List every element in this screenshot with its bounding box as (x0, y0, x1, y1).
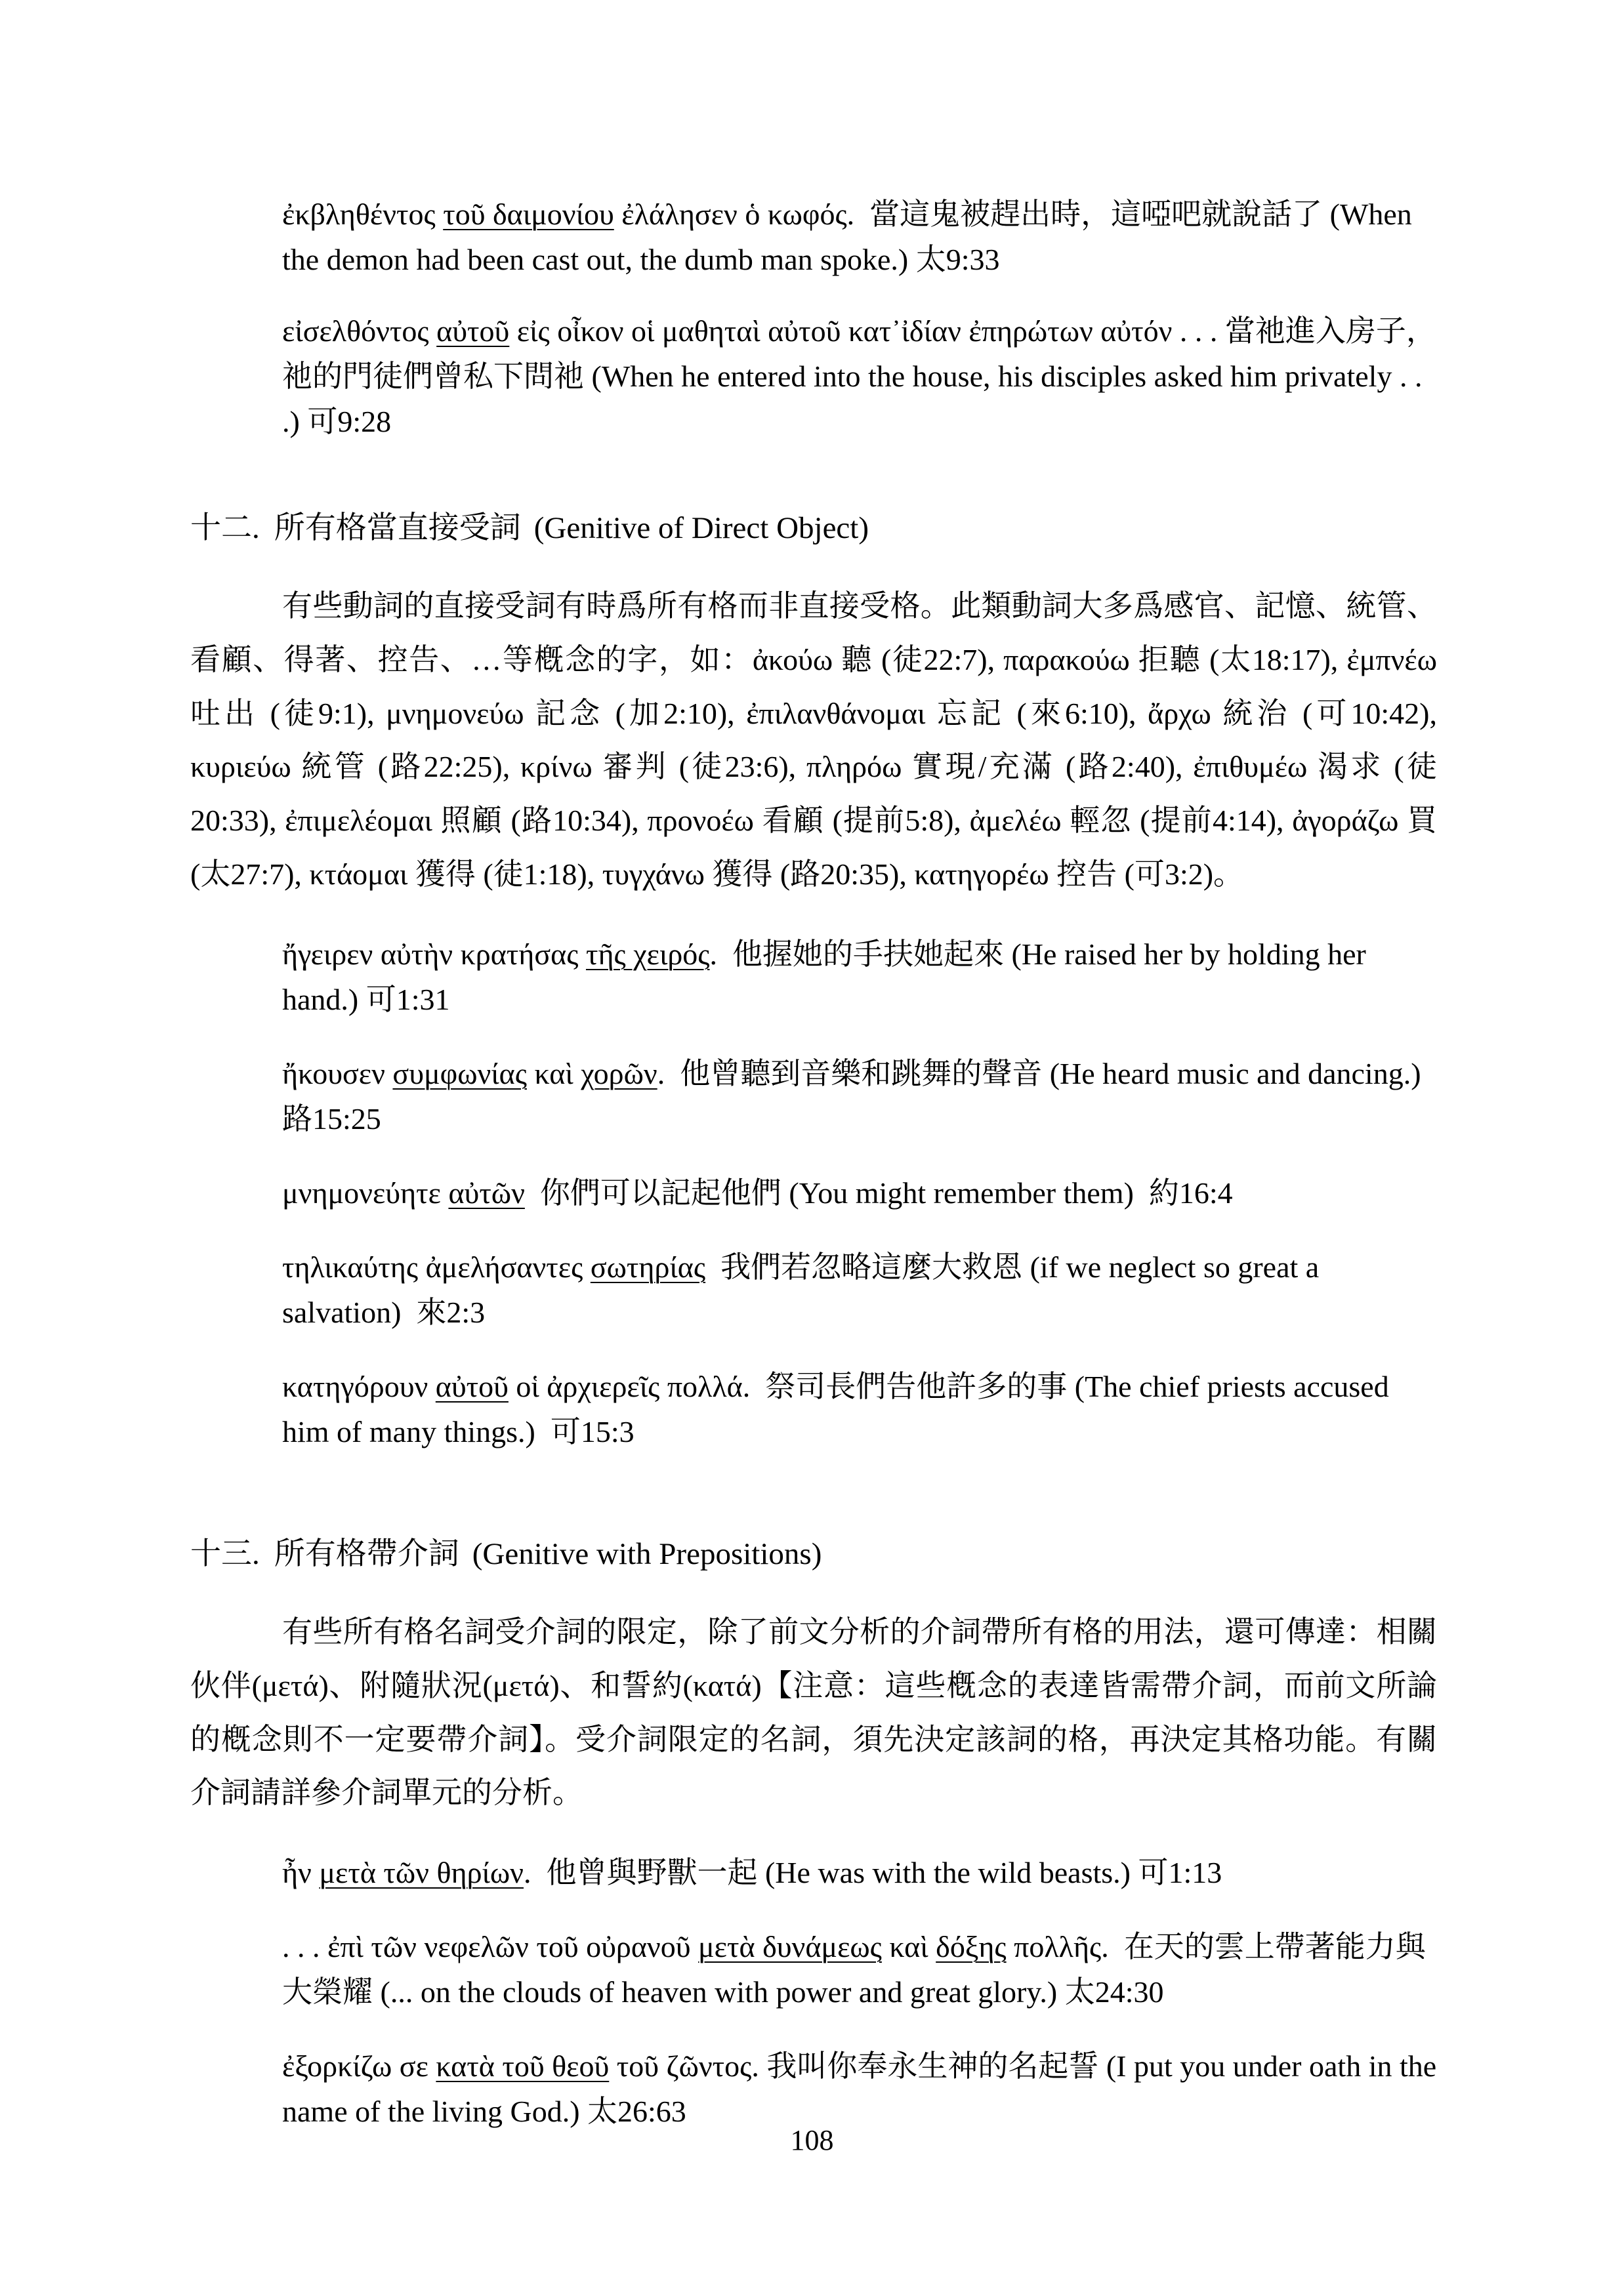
underlined-term: αὐτῶν (448, 1176, 524, 1210)
underlined-term: αὐτοῦ (436, 1370, 509, 1403)
document-page: ἐκβληθέντος τοῦ δαιμονίου ἐλάλησεν ὁ κωφ… (0, 0, 1624, 2296)
text-segment: καὶ (527, 1057, 581, 1090)
example-demon-cast-out: ἐκβληθέντος τοῦ δαιμονίου ἐλάλησεν ὁ κωφ… (282, 192, 1437, 282)
text-segment: ἐκβληθέντος (282, 197, 443, 231)
text-segment: . 他曾與野獸一起 (He was with the wild beasts.)… (524, 1856, 1222, 1889)
underlined-term: συμφωνίας (392, 1057, 527, 1090)
section-title-zh: 所有格帶介詞 (274, 1537, 459, 1571)
underlined-term: δόξης (936, 1930, 1006, 1963)
section-genitive-of-direct-object: 十二.所有格當直接受詞(Genitive of Direct Object) 有… (190, 507, 1437, 1454)
text-segment: ἐξορκίζω σε (282, 2049, 436, 2083)
section-number: 十二. (190, 511, 260, 545)
example-clouds-of-heaven: . . . ἐπὶ τῶν νεφελῶν τοῦ οὐρανοῦ μετὰ δ… (282, 1924, 1437, 2015)
example-raised-her: ἤγειρεν αὐτὴν κρατήσας τῆς χειρός. 他握她的手… (282, 932, 1437, 1022)
text-segment: ἤκουσεν (282, 1057, 392, 1090)
underlined-term: αὐτοῦ (436, 314, 509, 348)
text-segment: ἦν (282, 1856, 319, 1889)
text-segment: καὶ (882, 1930, 936, 1963)
underlined-term: μετὰ δυνάμεως (698, 1930, 882, 1963)
text-segment: μνημονεύητε (282, 1176, 448, 1210)
example-neglect-salvation: τηλικαύτης ἀμελήσαντες σωτηρίας 我們若忽略這麼大… (282, 1244, 1437, 1335)
underlined-term: τοῦ δαιμονίου (443, 197, 614, 231)
section-number: 十三. (190, 1537, 260, 1571)
example-entered-house: εἰσελθόντος αὐτοῦ εἰς οἶκον οἱ μαθηταὶ α… (282, 308, 1437, 444)
example-wild-beasts: ἦν μετὰ τῶν θηρίων. 他曾與野獸一起 (He was with… (282, 1850, 1437, 1895)
text-segment: τηλικαύτης ἀμελήσαντες (282, 1250, 591, 1284)
text-segment: ἤγειρεν αὐτὴν κρατήσας (282, 937, 586, 971)
example-chief-priests: κατηγόρουν αὐτοῦ οἱ ἀρχιερεῖς πολλά. 祭司長… (282, 1364, 1437, 1454)
underlined-term: σωτηρίας (591, 1250, 705, 1284)
section-title-en: (Genitive with Prepositions) (472, 1537, 822, 1571)
underlined-term: μετὰ τῶν θηρίων (319, 1856, 524, 1889)
section-paragraph-13: 有些所有格名詞受介詞的限定，除了前文分析的介詞帶所有格的用法，還可傳達：相關伙伴… (190, 1605, 1437, 1820)
example-music-dancing: ἤκουσεν συμφωνίας καὶ χορῶν. 他曾聽到音樂和跳舞的聲… (282, 1051, 1437, 1141)
example-living-god-oath: ἐξορκίζω σε κατὰ τοῦ θεοῦ τοῦ ζῶντος. 我叫… (282, 2043, 1437, 2134)
text-segment: 你們可以記起他們 (You might remember them) 約16:4 (525, 1176, 1233, 1210)
example-remember-them: μνημονεύητε αὐτῶν 你們可以記起他們 (You might re… (282, 1170, 1437, 1216)
section-heading-13: 十三.所有格帶介詞(Genitive with Prepositions) (190, 1533, 1437, 1576)
text-segment: . . . ἐπὶ τῶν νεφελῶν τοῦ οὐρανοῦ (282, 1930, 698, 1963)
text-segment: εἰσελθόντος (282, 314, 436, 348)
intro-examples: ἐκβληθέντος τοῦ δαιμονίου ἐλάλησεν ὁ κωφ… (190, 192, 1437, 444)
section-paragraph-12: 有些動詞的直接受詞有時爲所有格而非直接受格。此類動詞大多爲感官、記憶、統管、看顧… (190, 579, 1437, 901)
underlined-term: τῆς χειρός (586, 937, 710, 971)
section-title-en: (Genitive of Direct Object) (534, 511, 869, 545)
page-number: 108 (0, 2123, 1624, 2157)
text-segment: κατηγόρουν (282, 1370, 436, 1403)
underlined-term: χορῶν (581, 1057, 657, 1090)
section-heading-12: 十二.所有格當直接受詞(Genitive of Direct Object) (190, 507, 1437, 550)
underlined-term: κατὰ τοῦ θεοῦ (436, 2049, 609, 2083)
section-title-zh: 所有格當直接受詞 (274, 511, 521, 545)
section-genitive-with-prepositions: 十三.所有格帶介詞(Genitive with Prepositions) 有些… (190, 1533, 1437, 2134)
